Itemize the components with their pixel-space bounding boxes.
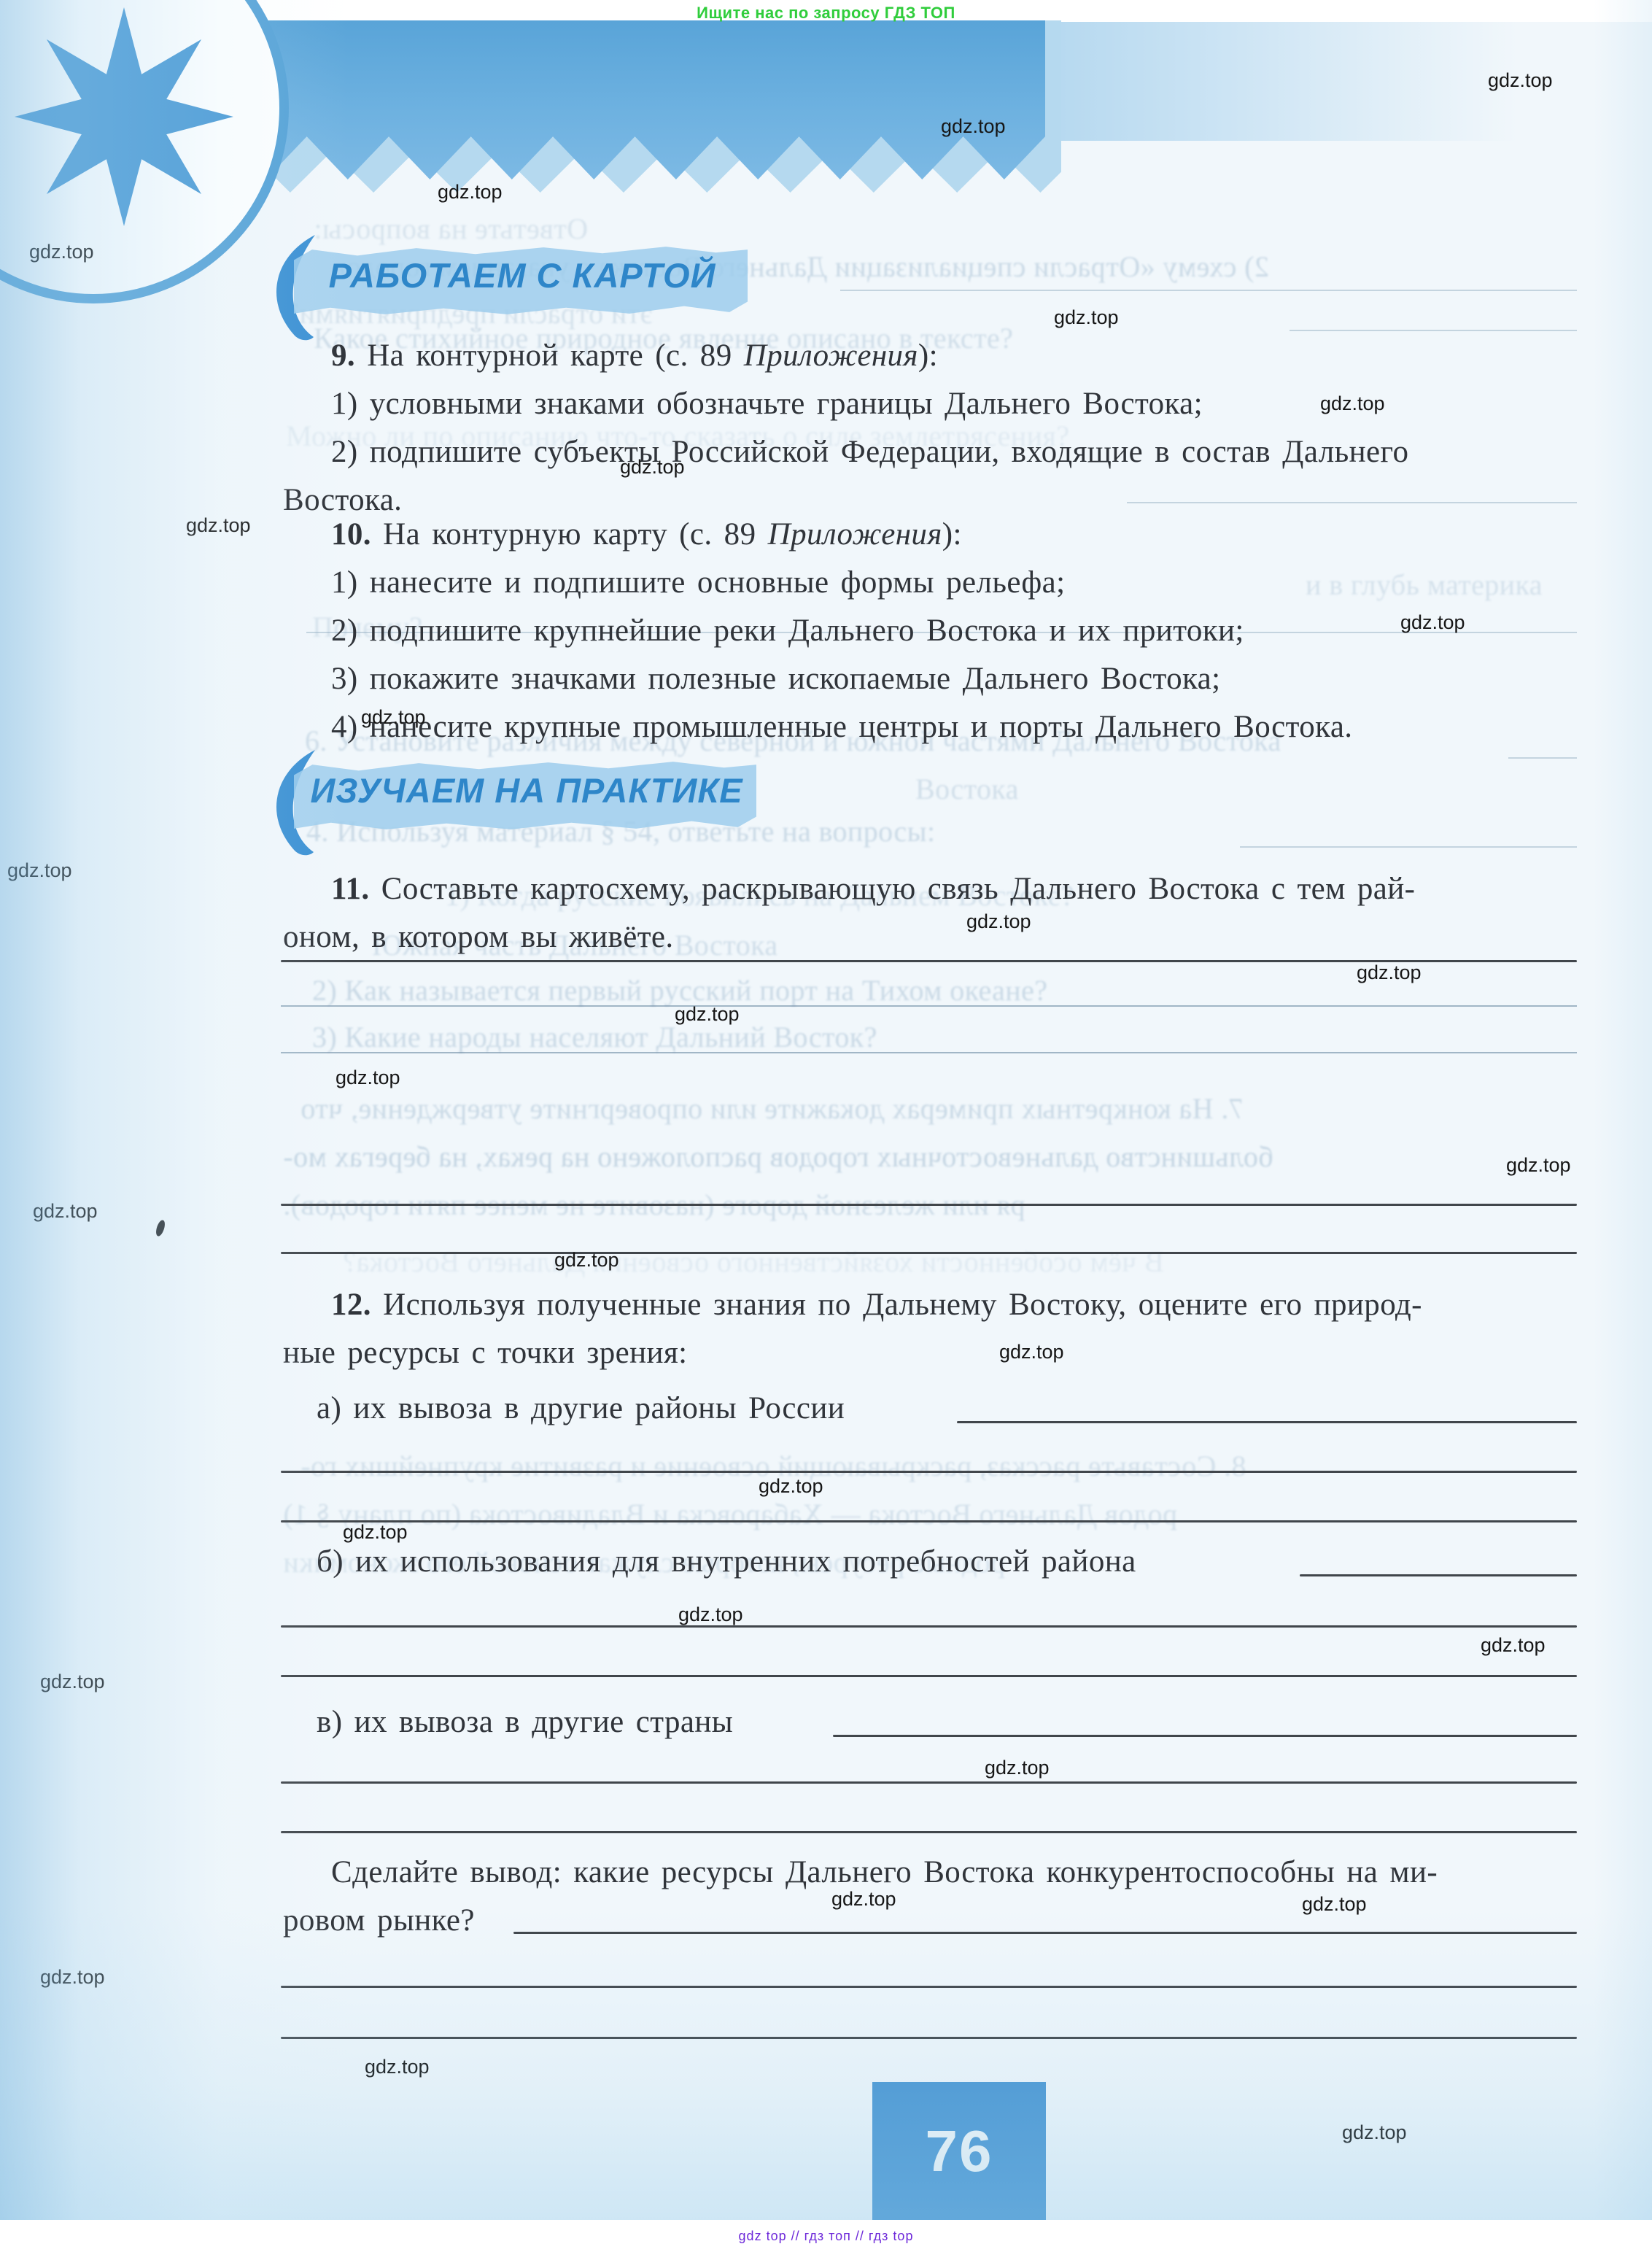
watermark: gdz.top <box>554 1249 619 1272</box>
bleedthrough-text: 7. На конкретных примерах докажите или о… <box>300 1091 1244 1126</box>
faint-line <box>1508 757 1577 759</box>
text-line: 2) подпишите крупнейшие реки Дальнего Во… <box>283 607 1589 655</box>
watermark: gdz.top <box>1400 611 1465 634</box>
answer-line <box>281 1204 1577 1206</box>
watermark: gdz.top <box>40 1671 105 1693</box>
badge-title: ИЗУЧАЕМ НА ПРАКТИКЕ <box>297 770 756 810</box>
watermark: gdz.top <box>1302 1893 1367 1916</box>
answer-line <box>281 1520 1577 1522</box>
text-line: б) их использования для внутренних потре… <box>283 1538 1589 1586</box>
text-line: 10. На контурную карту (с. 89 Приложения… <box>283 511 1589 559</box>
task-11: 11. Составьте картосхему, раскрывающую с… <box>283 865 1589 961</box>
header-band-fade <box>1036 20 1517 141</box>
text-line: в) их вывоза в другие страны <box>283 1698 1589 1746</box>
watermark: gdz.top <box>336 1067 400 1089</box>
watermark: gdz.top <box>1320 392 1385 415</box>
bleedthrough-text: Востока <box>915 772 1019 806</box>
watermark: gdz.top <box>33 1200 98 1223</box>
task-12a: а) их вывоза в другие районы России <box>283 1385 1589 1433</box>
watermark: gdz.top <box>186 514 251 537</box>
watermark: gdz.top <box>675 1003 740 1026</box>
bleedthrough-text: В чём особенности хозяйственного освоени… <box>343 1245 1164 1279</box>
watermark: gdz.top <box>438 181 503 204</box>
bleedthrough-text: 2) Как называется первый русский порт на… <box>312 973 1047 1007</box>
watermark: gdz.top <box>361 706 426 729</box>
answer-line <box>281 1831 1577 1833</box>
watermark: gdz.top <box>343 1521 408 1544</box>
text-line: а) их вывоза в другие районы России <box>283 1385 1589 1433</box>
task-9: 9. На контурной карте (с. 89 Приложения)… <box>283 332 1589 525</box>
watermark: gdz.top <box>678 1603 743 1626</box>
watermark: gdz.top <box>1357 961 1422 984</box>
watermark: gdz.top <box>1506 1154 1571 1177</box>
section-badge-practice: ИЗУЧАЕМ НА ПРАКТИКЕ <box>252 747 756 858</box>
watermark: gdz.top <box>1342 2121 1407 2144</box>
bottom-strip: gdz top // гдз топ // гдз top <box>0 2220 1652 2252</box>
text-line: 4) нанесите крупные промышленные центры … <box>283 703 1589 751</box>
text-line: оном, в котором вы живёте. <box>283 913 1589 961</box>
watermark: gdz.top <box>831 1888 896 1911</box>
watermark: gdz.top <box>999 1341 1064 1363</box>
task-12c: в) их вывоза в другие страны <box>283 1698 1589 1746</box>
watermark: gdz.top <box>966 910 1031 933</box>
section-badge-work-with-map: РАБОТАЕМ С КАРТОЙ <box>252 232 748 343</box>
text-line: 3) покажите значками полезные ископаемые… <box>283 655 1589 703</box>
text-line: 9. На контурной карте (с. 89 Приложения)… <box>283 332 1589 380</box>
watermark: gdz.top <box>941 115 1006 138</box>
answer-line <box>281 1625 1577 1628</box>
watermark: gdz.top <box>1488 69 1553 92</box>
text-line: 12. Используя полученные знания по Дальн… <box>283 1281 1589 1329</box>
watermark: gdz.top <box>1481 1634 1546 1657</box>
text-line: 1) нанесите и подпишите основные формы р… <box>283 559 1589 607</box>
watermark: gdz.top <box>759 1475 823 1498</box>
text-line: ровом рынке? <box>283 1897 1589 1945</box>
faint-line <box>281 1052 1577 1053</box>
task-conclusion: Сделайте вывод: какие ресурсы Дальнего В… <box>283 1849 1589 1945</box>
workbook-page: Ищите нас по запросу ГДЗ ТОП РАБОТАЕМ С … <box>0 0 1652 2252</box>
footer-text: gdz top // гдз топ // гдз top <box>739 2229 914 2244</box>
top-note: Ищите нас по запросу ГДЗ ТОП <box>0 4 1652 23</box>
faint-line <box>840 290 1577 291</box>
answer-line <box>281 1986 1577 1988</box>
text-line: 11. Составьте картосхему, раскрывающую с… <box>283 865 1589 913</box>
text-line: Сделайте вывод: какие ресурсы Дальнего В… <box>283 1849 1589 1897</box>
ink-speck <box>155 1219 167 1237</box>
watermark: gdz.top <box>620 456 685 479</box>
page-number-box: 76 <box>872 2082 1046 2221</box>
task-10: 10. На контурную карту (с. 89 Приложения… <box>283 511 1589 751</box>
bleedthrough-text: родов Дальнего Востока — Хабаровска и Вл… <box>283 1497 1177 1531</box>
watermark: gdz.top <box>365 2056 430 2078</box>
answer-line <box>281 2037 1577 2039</box>
bleedthrough-text: большинство дальневосточных городов расп… <box>283 1139 1273 1174</box>
task-12: 12. Используя полученные знания по Дальн… <box>283 1281 1589 1377</box>
bleedthrough-text: 3) Какие народы населяют Дальний Восток? <box>312 1020 877 1054</box>
text-line: 2) подпишите субъекты Российской Федерац… <box>283 428 1589 476</box>
answer-line <box>281 1675 1577 1677</box>
faint-line <box>1240 846 1577 848</box>
faint-line <box>1290 330 1577 331</box>
watermark: gdz.top <box>985 1757 1050 1779</box>
watermark: gdz.top <box>1054 306 1119 329</box>
task-12b: б) их использования для внутренних потре… <box>283 1538 1589 1586</box>
watermark: gdz.top <box>40 1966 105 1989</box>
star-icon <box>4 0 244 237</box>
text-line: 1) условными знаками обозначьте границы … <box>283 380 1589 428</box>
watermark: gdz.top <box>7 859 72 882</box>
answer-line <box>281 1252 1577 1254</box>
badge-title: РАБОТАЕМ С КАРТОЙ <box>297 255 748 295</box>
page-number: 76 <box>926 2118 993 2185</box>
text-line: ные ресурсы с точки зрения: <box>283 1329 1589 1377</box>
answer-line <box>281 1471 1577 1473</box>
answer-line <box>281 1781 1577 1784</box>
watermark: gdz.top <box>29 241 94 263</box>
faint-line <box>281 1005 1577 1007</box>
